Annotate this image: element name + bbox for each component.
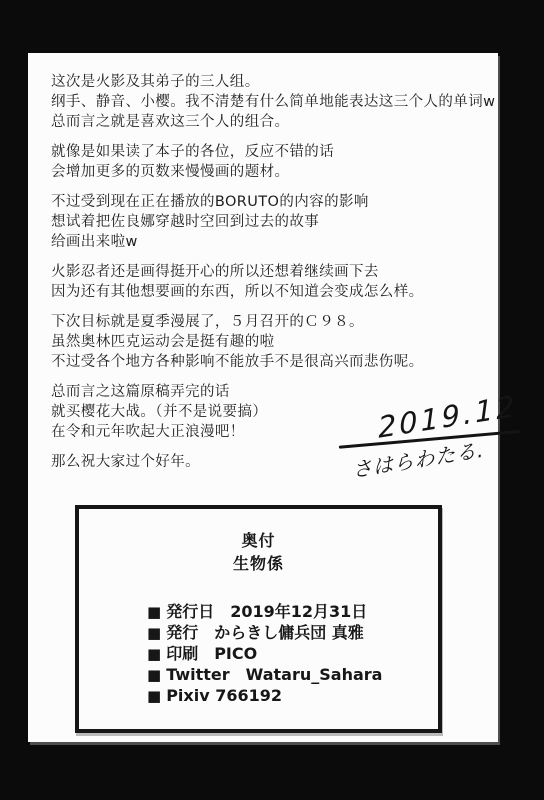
bullet-square-icon: ■	[147, 686, 161, 707]
paragraph: 火影忍者还是画得挺开心的所以还想着继续画下去 因为还有其他想要画的东西，所以不知…	[51, 262, 495, 302]
colophon-item-text: Twitter Wataru_Sahara	[166, 665, 382, 684]
body-text-line: 纲手、静音、小樱。我不清楚有什么简单地能表达这三个人的单词w	[51, 92, 495, 112]
colophon-item: ■Twitter Wataru_Sahara	[147, 664, 438, 685]
body-text-line: 这次是火影及其弟子的三人组。	[51, 72, 495, 92]
body-text-line: 总而言之这篇原稿弄完的话	[51, 382, 495, 402]
colophon-title: 奥付	[79, 529, 438, 552]
colophon-item-text: Pixiv 766192	[166, 686, 282, 705]
paragraph: 这次是火影及其弟子的三人组。 纲手、静音、小樱。我不清楚有什么简单地能表达这三个…	[51, 72, 495, 132]
bullet-square-icon: ■	[147, 665, 161, 686]
colophon-item: ■発行 からきし傭兵団 真雅	[147, 622, 438, 643]
body-text-line: 火影忍者还是画得挺开心的所以还想着继续画下去	[51, 262, 495, 282]
bullet-square-icon: ■	[147, 644, 161, 665]
colophon-item-text: 印刷 PICO	[166, 644, 257, 663]
colophon-list: ■発行日 2019年12月31日 ■発行 からきし傭兵団 真雅 ■印刷 PICO…	[147, 601, 438, 706]
colophon-item: ■Pixiv 766192	[147, 685, 438, 706]
body-text-line: 不过受各个地方各种影响不能放手不是很高兴而悲伤呢。	[51, 352, 495, 372]
body-text-line: 因为还有其他想要画的东西，所以不知道会变成怎么样。	[51, 282, 495, 302]
colophon-item-text: 発行日 2019年12月31日	[166, 602, 367, 621]
colophon-item: ■印刷 PICO	[147, 643, 438, 664]
body-text-line: 下次目标就是夏季漫展了，５月召开的Ｃ９８。	[51, 312, 495, 332]
body-text-line: 不过受到现在正在播放的BORUTO的内容的影响	[51, 192, 495, 212]
bullet-square-icon: ■	[147, 623, 161, 644]
paragraph: 就像是如果读了本子的各位，反应不错的话 会增加更多的页数来慢慢画的题材。	[51, 142, 495, 182]
body-text-line: 会增加更多的页数来慢慢画的题材。	[51, 162, 495, 182]
colophon-item-text: 発行 からきし傭兵団 真雅	[166, 623, 364, 642]
body-text-line: 虽然奥林匹克运动会是挺有趣的啦	[51, 332, 495, 352]
colophon-header: 奥付 生物係	[79, 529, 438, 575]
colophon-subtitle: 生物係	[79, 552, 438, 575]
colophon-item: ■発行日 2019年12月31日	[147, 601, 438, 622]
document-page: 这次是火影及其弟子的三人组。 纲手、静音、小樱。我不清楚有什么简单地能表达这三个…	[28, 53, 498, 742]
body-text-line: 想试着把佐良娜穿越时空回到过去的故事	[51, 212, 495, 232]
body-text-line: 总而言之就是喜欢这三个人的组合。	[51, 112, 495, 132]
bullet-square-icon: ■	[147, 602, 161, 623]
paragraph: 不过受到现在正在播放的BORUTO的内容的影响 想试着把佐良娜穿越时空回到过去的…	[51, 192, 495, 252]
body-text-line: 就像是如果读了本子的各位，反应不错的话	[51, 142, 495, 162]
colophon-box: 奥付 生物係 ■発行日 2019年12月31日 ■発行 からきし傭兵団 真雅 ■…	[75, 505, 442, 733]
scan-background: 这次是火影及其弟子的三人组。 纲手、静音、小樱。我不清楚有什么简单地能表达这三个…	[0, 0, 544, 800]
body-text-line: 给画出来啦w	[51, 232, 495, 252]
paragraph: 下次目标就是夏季漫展了，５月召开的Ｃ９８。 虽然奥林匹克运动会是挺有趣的啦 不过…	[51, 312, 495, 372]
